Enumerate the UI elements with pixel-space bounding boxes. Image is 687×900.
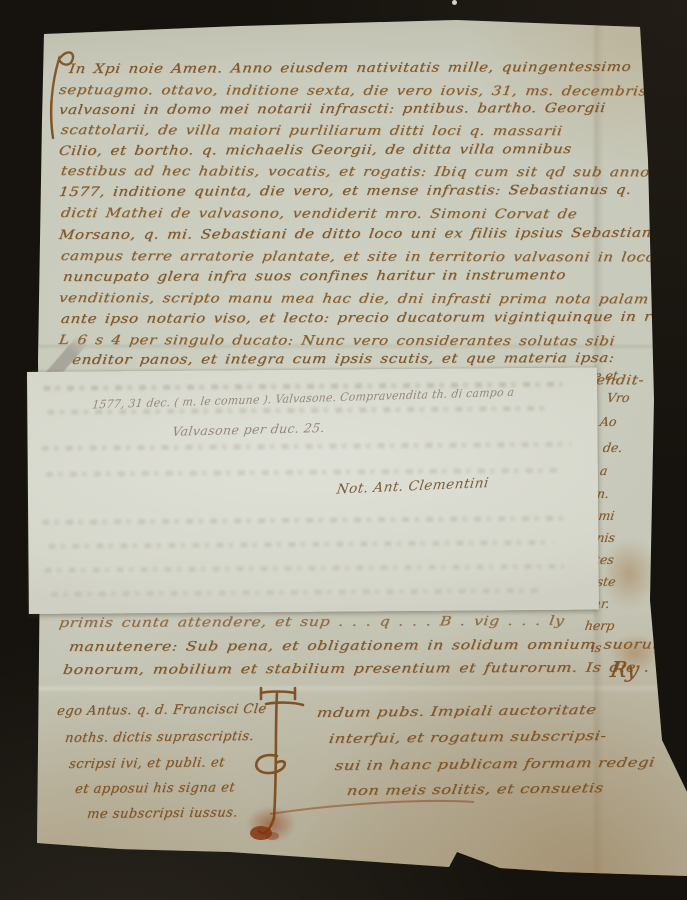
manuscript-line: sui in hanc publicam formam redegi [334,755,656,774]
manuscript-line: In Xpi noie Amen. Anno eiusdem nativitat… [68,60,632,77]
manuscript-line: scattolarii, de villa maiori purliliarum… [60,123,564,139]
manuscript-line: 1577, inditione quinta, die vero, et men… [58,183,633,200]
ghost-text-line [42,442,572,451]
manuscript-line: septuagmo. ottavo, inditione sexta, die … [58,83,654,99]
manuscript-line: manutenere: Sub pena, et obligationem in… [68,637,669,655]
margin-fragment: herp [584,618,616,633]
ghost-text-line [48,540,553,549]
manuscript-scan: In Xpi noie Amen. Anno eiusdem nativitat… [0,0,687,900]
manuscript-line: nuncupato glera infra suos confines hari… [62,268,567,285]
notary-signature: Not. Ant. Clementini [336,475,490,497]
manuscript-line: noths. dictis suprascriptis. [64,729,255,746]
manuscript-line: Morsano, q. mi. Sebastiani de ditto loco… [58,226,664,243]
manuscript-line: venditionis, scripto manu mea hac die, d… [58,291,650,307]
ink-stain [600,538,658,610]
ink-stain [246,806,296,842]
manuscript-line: Cilio, et bortho. q. michaelis Georgii, … [58,142,573,159]
manuscript-line: primis cunta attendere, et sup . . . q .… [58,614,566,631]
ink-streak [262,788,482,818]
manuscript-line: bonorum, mobilium et stabilium presentiu… [62,660,651,678]
manuscript-upper-block: In Xpi noie Amen. Anno eiusdem nativitat… [60,56,660,386]
archival-slip: 1577, 31 dec. ( m. le comune ). Valvason… [27,368,599,614]
dust-speck [452,0,457,5]
manuscript-line: me subscripsi iussus. [86,805,239,822]
manuscript-line: ante ipso notario viso, et lecto: precio… [60,310,683,327]
manuscript-line: mdum pubs. Impiali auctoritate [316,703,598,721]
manuscript-line: scripsi ivi, et publi. et [68,755,226,772]
manuscript-line: L 6 s 4 per singulo ducato: Nunc vero co… [58,333,616,349]
manuscript-line: et apposui his signa et [74,780,236,797]
margin-fragment: de. [602,440,623,455]
archival-note-line2: Valvasone per duc. 25. [171,420,326,439]
margin-fragment: a [599,463,609,478]
ghost-text-line [42,516,567,525]
ghost-text-line [51,588,541,597]
manuscript-line: interfui, et rogatum subscripsi- [328,729,608,747]
ink-stain [610,634,660,672]
ghost-text-line [45,564,565,573]
margin-fragment: Vro [606,390,631,405]
manuscript-line: valvasoni in domo mei notarii infrascti:… [58,101,607,118]
manuscript-line: dicti Mathei de valvasono, vendiderit mr… [60,206,579,222]
manuscript-line: venditor panos, et integra cum ipsis scu… [62,351,616,368]
margin-fragment: Ao [599,414,618,429]
manuscript-line: testibus ad hec habitis, vocatis, et rog… [60,164,651,180]
manuscript-line: campus terre arratorie plantate, et site… [60,249,656,265]
